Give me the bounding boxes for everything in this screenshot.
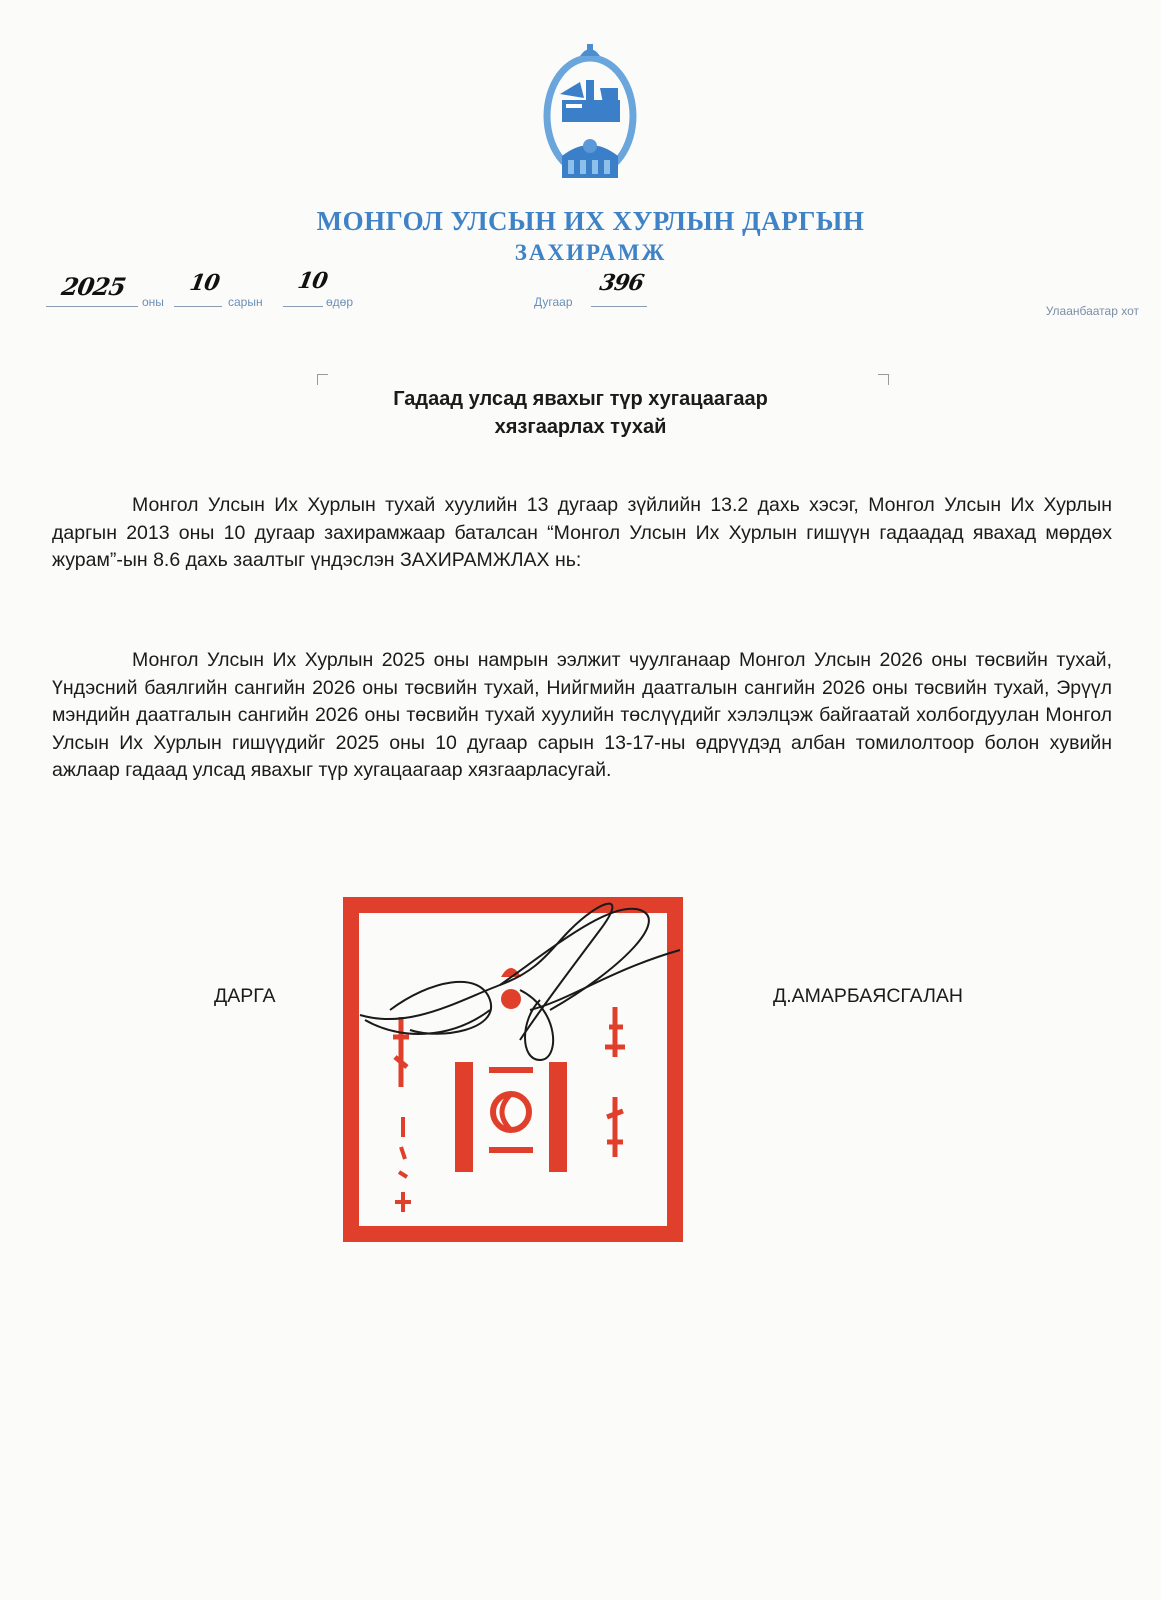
subject-corner-mark (317, 374, 328, 385)
subject-line-2: хязгаарлах тухай (0, 416, 1161, 439)
preamble-paragraph: Монгол Улсын Их Хурлын тухай хуулийн 13 … (52, 492, 1112, 575)
document-type-title: ЗАХИРАМЖ (10, 240, 1161, 266)
state-emblem-icon (540, 38, 640, 193)
signatory-name: Д.АМАРБАЯСГАЛАН (773, 985, 963, 1008)
year-label: оны (142, 295, 164, 309)
order-paragraph: Монгол Улсын Их Хурлын 2025 оны намрын э… (52, 647, 1112, 785)
document-meta-row: 2025 оны 10 сарын 10 өдөр Дугаар 396 Ула… (0, 276, 1161, 316)
day-label: өдөр (326, 295, 353, 309)
city-label: Улаанбаатар хот (1046, 304, 1139, 318)
day-value: 10 (296, 268, 329, 294)
number-value: 396 (598, 270, 646, 296)
month-label: сарын (228, 295, 263, 309)
document-issuer-title: МОНГОЛ УЛСЫН ИХ ХУРЛЫН ДАРГЫН (10, 206, 1161, 237)
signatory-position: ДАРГА (214, 985, 275, 1008)
handwritten-signature-icon (350, 890, 700, 1090)
subject-corner-mark (878, 374, 889, 385)
month-value: 10 (188, 270, 221, 296)
number-label: Дугаар (534, 295, 573, 309)
subject-line-1: Гадаад улсад явахыг түр хугацаагаар (0, 388, 1161, 411)
year-value: 2025 (59, 272, 127, 301)
